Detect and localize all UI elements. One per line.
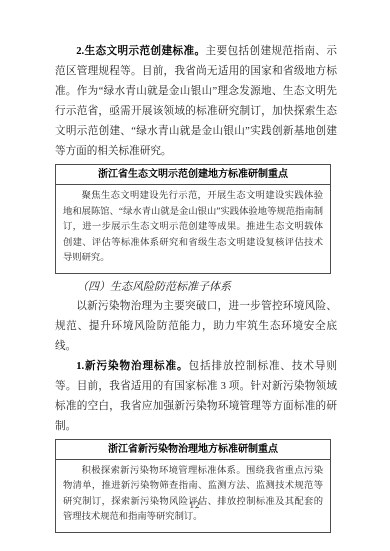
paragraph-new-pollutant-standard: 1.新污染物治理标准。包括排放控制标准、技术导则等。目前，我省适用的有国家标准 …: [55, 357, 337, 437]
page-number: 12: [0, 500, 390, 510]
paragraph-risk-intro: 以新污染物治理为主要突破口，进一步管控环境风险、规范、提升环境风险防范能力，助力…: [55, 297, 337, 357]
callout-title-new-pollutant: 浙江省新污染物治理地方标准研制重点: [56, 440, 330, 460]
paragraph-lead-new-pollutant: 1.新污染物治理标准。: [76, 361, 188, 372]
callout-body-new-pollutant: 积极探索新污染物环境管理标准体系。围绕我省重点污染物清单，推进新污染物筛查指南、…: [56, 460, 330, 532]
paragraph-lead-eco-demo: 2.生态文明示范创建标准。: [76, 46, 205, 57]
paragraph-eco-demo-standard: 2.生态文明示范创建标准。主要包括创建规范指南、示范区管理规程等。目前，我省尚无…: [55, 42, 337, 162]
paragraph-text-eco-demo: 主要包括创建规范指南、示范区管理规程等。目前，我省尚无适用的国家和省级地方标准。…: [55, 46, 337, 157]
page-content: 2.生态文明示范创建标准。主要包括创建规范指南、示范区管理规程等。目前，我省尚无…: [55, 42, 337, 536]
callout-title-eco-demo: 浙江省生态文明示范创建地方标准研制重点: [56, 165, 330, 185]
section-heading-eco-risk: （四）生态风险防范标准子体系: [55, 277, 337, 297]
callout-body-eco-demo: 聚焦生态文明建设先行示范，开展生态文明建设实践体验地和展陈馆、“绿水青山就是金山…: [56, 185, 330, 273]
callout-box-eco-demo: 浙江省生态文明示范创建地方标准研制重点 聚焦生态文明建设先行示范，开展生态文明建…: [55, 164, 331, 274]
document-page: 2.生态文明示范创建标准。主要包括创建规范指南、示范区管理规程等。目前，我省尚无…: [0, 0, 390, 551]
callout-box-new-pollutant: 浙江省新污染物治理地方标准研制重点 积极探索新污染物环境管理标准体系。围绕我省重…: [55, 439, 331, 533]
